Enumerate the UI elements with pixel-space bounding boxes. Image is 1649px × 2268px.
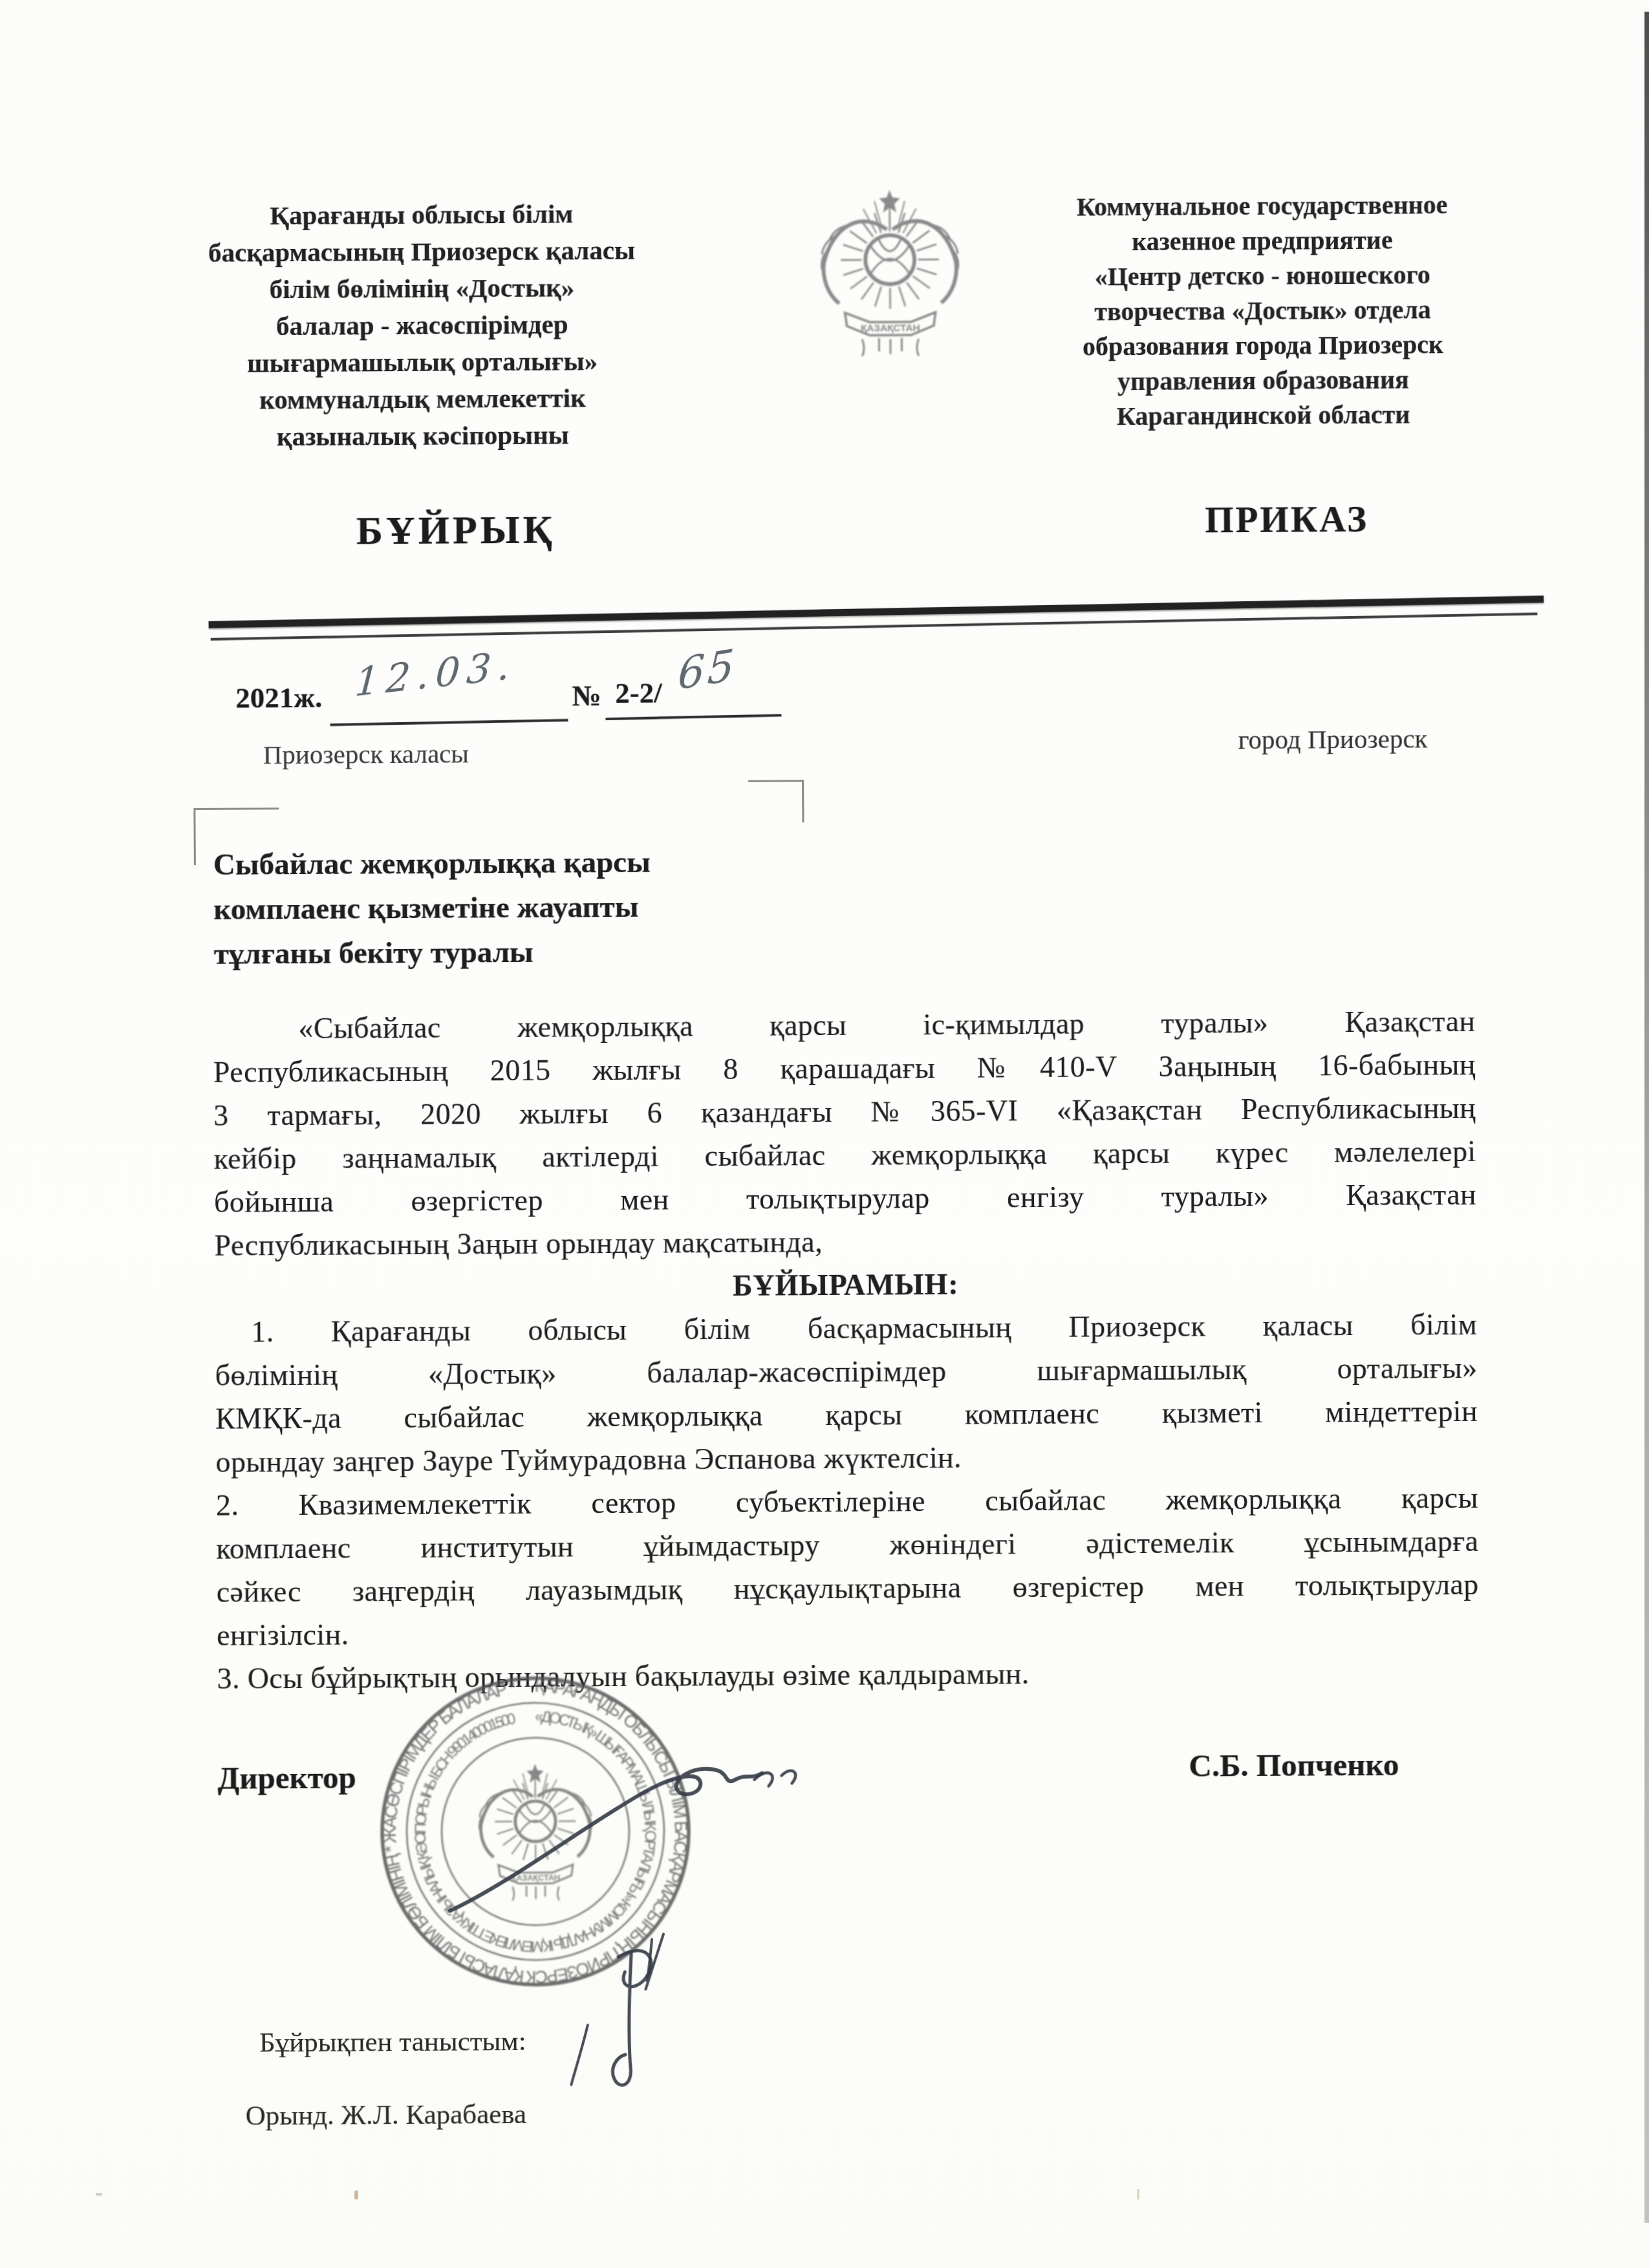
item-1-line: бөлімінің «Достық» балалар-жасөспірімдер… [215, 1346, 1477, 1397]
corner-mark-right [802, 780, 804, 822]
resolve-heading: БҰЙЫРАМЫН: [215, 1259, 1477, 1311]
order-title-kazakh: БҰЙРЫҚ [320, 507, 592, 555]
subject-line: Сыбайлас жемқорлыққа қарсы [213, 839, 925, 888]
org-right-line: образования города Приозерск [1004, 326, 1522, 365]
executor-label: Орынд. Ж.Л. Карабаева [246, 2099, 527, 2132]
item-1-line: КМҚК-да сыбайлас жемқорлыққа қарсы компл… [215, 1389, 1478, 1440]
org-left-line: коммуналдық мемлекеттік [147, 379, 697, 419]
scan-speck [1137, 2189, 1139, 2199]
body-line: Республикасының 2015 жылғы 8 қарашадағы … [213, 1043, 1476, 1094]
scan-speck [354, 2190, 358, 2199]
org-left-line: шығармашылық орталығы» [147, 342, 697, 382]
order-title-russian: ПРИКАЗ [1147, 498, 1425, 542]
item-2-line: енгізілсін. [217, 1606, 1479, 1657]
org-left-line: білім бөлімінің «Достық» [147, 268, 696, 308]
org-right-line: Карагандинской области [1004, 396, 1522, 434]
header-divider-line [208, 595, 1544, 628]
number-underline [605, 714, 781, 720]
handwritten-order-number: 65 [677, 639, 738, 700]
org-name-kazakh: Қарағанды облысы білім басқармасының При… [147, 195, 698, 456]
order-subject: Сыбайлас жемқорлыққа қарсы комплаенс қыз… [213, 839, 925, 977]
date-year-label: 2021ж. [235, 681, 322, 715]
place-kazakh: Приозерск каласы [263, 738, 469, 770]
state-emblem-icon [795, 172, 985, 362]
number-sign-label: № [572, 679, 601, 712]
director-signature [392, 1694, 846, 1968]
date-underline [330, 719, 568, 726]
place-russian: город Приозерск [1238, 723, 1428, 755]
org-right-line: «Центр детско - юношеского [1004, 257, 1521, 295]
handwritten-date: 12.03. [354, 642, 518, 706]
org-right-line: творчества «Достык» отдела [1004, 292, 1522, 330]
body-line: Республикасының Заңын орындау мақсатында… [214, 1216, 1476, 1267]
item-2-line: комплаенс институтын ұйымдастыру жөнінде… [216, 1519, 1478, 1570]
acknowledgement-signature [548, 1927, 718, 2110]
item-2-line: сәйкес заңгердің лауазымдық нұсқаулықтар… [217, 1563, 1479, 1614]
corner-mark-right [748, 780, 804, 782]
org-right-line: казенное предприятие [1004, 222, 1521, 260]
org-left-line: балалар - жасөспірімдер [147, 305, 697, 345]
body-line: 3 тармағы, 2020 жылғы 6 қазандағы №365-V… [213, 1086, 1476, 1137]
org-left-line: Қарағанды облысы білім [147, 195, 696, 235]
item-1-line: орындау заңгер Зауре Туймурадовна Эспано… [215, 1433, 1478, 1484]
subject-line: комплаенс қызметіне жауапты [213, 883, 925, 932]
order-body: «Сыбайлас жемқорлыққа қарсы іс-қимылдар … [213, 1000, 1480, 1700]
subject-line: тұлғаны бекіту туралы [214, 928, 925, 977]
order-number-printed: 2-2/ [615, 676, 662, 710]
acknowledgement-label: Бұйрықпен таныстым: [259, 2026, 526, 2059]
signer-name: С.Б. Попченко [1189, 1746, 1399, 1784]
corner-mark-left [193, 808, 279, 810]
org-right-line: управления образования [1004, 361, 1522, 400]
signer-position: Директор [217, 1759, 356, 1796]
org-right-line: Коммунальное государственное [1004, 187, 1521, 225]
body-line: бойынша өзергістер мен толықтырулар енгі… [214, 1173, 1476, 1224]
corner-mark-left [193, 808, 196, 865]
scan-speck [96, 2193, 102, 2196]
org-left-line: қазыналық кәсіпорыны [148, 416, 698, 456]
body-line: «Сыбайлас жемқорлыққа қарсы іс-қимылдар … [213, 1000, 1475, 1051]
item-2-line: 2. Квазимемлекеттік сектор субъектілерін… [216, 1476, 1478, 1527]
item-1-line: 1. Қарағанды облысы білім басқармасының … [215, 1303, 1477, 1354]
scan-edge-artifact [1644, 12, 1649, 2223]
body-line: кейбір заңнамалық актілерді сыбайлас жем… [213, 1129, 1476, 1181]
org-left-line: басқармасының Приозерск қаласы [147, 231, 696, 272]
scanned-order-page: ҚАЗАҚСТАН Қарағанды облысы білім басқарм… [0, 0, 1649, 2268]
org-name-russian: Коммунальное государственное казенное пр… [1004, 187, 1522, 434]
